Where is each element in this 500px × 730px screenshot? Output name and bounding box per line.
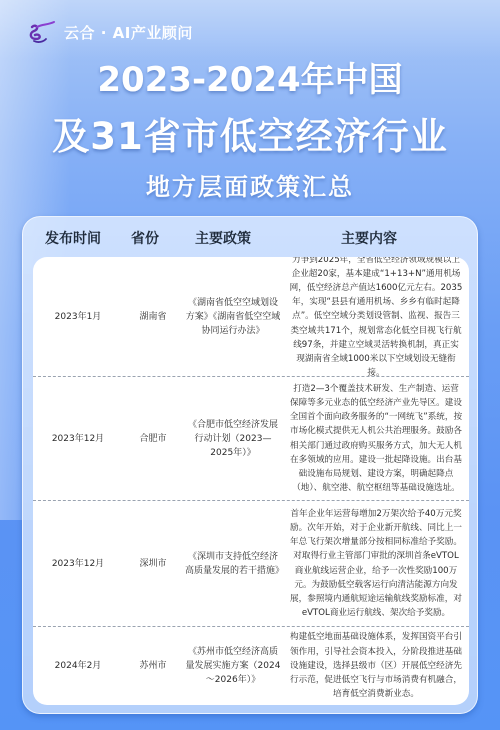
row-date: 2023年12月 bbox=[33, 377, 123, 500]
page-title-line2: 及31省市低空经济行业 bbox=[0, 106, 500, 160]
brand-name: 云合 · AI产业顾问 bbox=[64, 22, 193, 43]
row-policy: 《苏州市低空经济高质量发展实施方案（2024～2026年）》 bbox=[183, 627, 283, 705]
column-header-date: 发布时间 bbox=[45, 228, 101, 248]
row-province: 深圳市 bbox=[123, 501, 183, 626]
page-subtitle: 地方层面政策汇总 bbox=[0, 167, 500, 202]
row-content: 打造2—3个覆盖技术研发、生产制造、运营保障等多元业态的低空经济产业先导区。建设… bbox=[287, 377, 465, 500]
row-date: 2023年1月 bbox=[33, 257, 123, 376]
column-header-province: 省份 bbox=[131, 228, 159, 248]
table-row: 2023年12月 合肥市 《合肥市低空经济发展行动计划（2023—2025年）》… bbox=[33, 377, 469, 501]
table-row: 2023年1月 湖南省 《湖南省低空空域划设方案》《湖南省低空空域协同运行办法》… bbox=[33, 257, 469, 377]
table-header: 发布时间 省份 主要政策 主要内容 bbox=[23, 217, 479, 255]
table-body: 2023年1月 湖南省 《湖南省低空空域划设方案》《湖南省低空空域协同运行办法》… bbox=[33, 257, 469, 705]
row-policy: 《湖南省低空空域划设方案》《湖南省低空空域协同运行办法》 bbox=[183, 257, 283, 376]
row-province: 湖南省 bbox=[123, 257, 183, 376]
swirl-logo-icon bbox=[26, 19, 56, 45]
column-header-policy: 主要政策 bbox=[195, 228, 251, 248]
table-row: 2023年12月 深圳市 《深圳市支持低空经济高质量发展的若干措施》 首年企业年… bbox=[33, 501, 469, 627]
table-row: 2024年2月 苏州市 《苏州市低空经济高质量发展实施方案（2024～2026年… bbox=[33, 627, 469, 705]
row-policy: 《深圳市支持低空经济高质量发展的若干措施》 bbox=[183, 501, 283, 626]
row-date: 2024年2月 bbox=[33, 627, 123, 705]
row-province: 苏州市 bbox=[123, 627, 183, 705]
row-content: 首年企业年运营每增加2万架次给予40万元奖励。次年开始，对于企业新开航线、同比上… bbox=[287, 501, 465, 626]
policy-table-panel: 发布时间 省份 主要政策 主要内容 2023年1月 湖南省 《湖南省低空空域划设… bbox=[22, 216, 478, 714]
row-content: 构建低空地面基础设施体系，发挥国资平台引领作用，引导社会资本投入，分阶段推进基础… bbox=[287, 627, 465, 705]
row-policy: 《合肥市低空经济发展行动计划（2023—2025年）》 bbox=[183, 377, 283, 500]
page-title-line1: 2023-2024年中国 bbox=[0, 52, 500, 101]
row-province: 合肥市 bbox=[123, 377, 183, 500]
row-date: 2023年12月 bbox=[33, 501, 123, 626]
column-header-content: 主要内容 bbox=[341, 228, 397, 248]
brand: 云合 · AI产业顾问 bbox=[26, 18, 193, 46]
row-content: 力争到2025年，全省低空经济领域规模以上企业超20家，基本建成“1+13+N”… bbox=[287, 257, 465, 376]
